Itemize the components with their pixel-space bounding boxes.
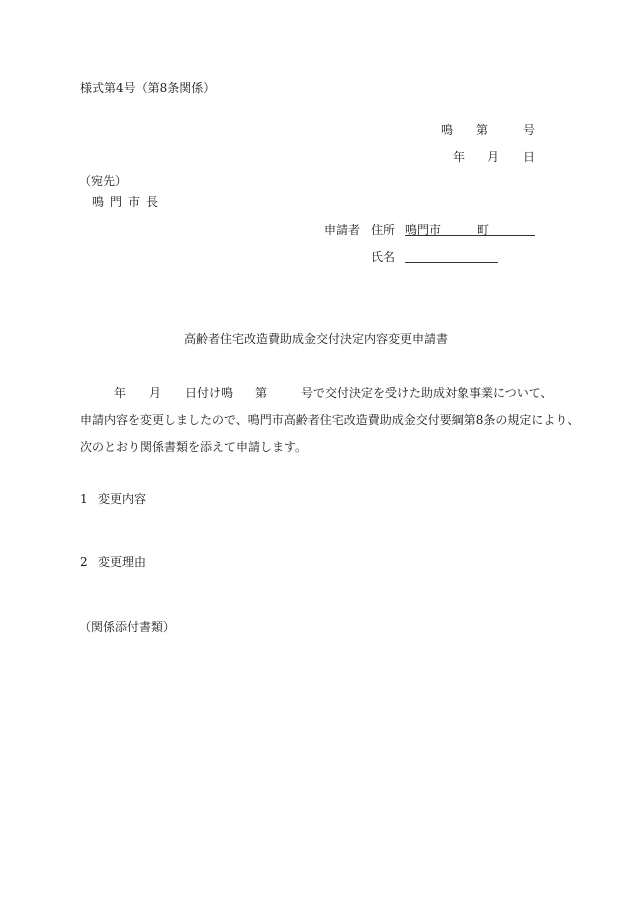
reference-dai: 第 xyxy=(476,123,488,137)
address-field[interactable]: 鳴門市町 xyxy=(405,223,535,236)
address-city: 鳴門市 xyxy=(405,223,441,237)
date-month: 月 xyxy=(487,150,499,164)
item-label: 変更理由 xyxy=(98,555,146,569)
item-change-content: 1変更内容 xyxy=(80,492,146,506)
reference-go: 号 xyxy=(523,123,535,137)
name-field[interactable] xyxy=(405,250,498,263)
applicant-label: 申請者 xyxy=(324,223,360,237)
body-dai: 第 xyxy=(255,386,267,400)
attachments-label: （関係添付書類） xyxy=(79,620,175,634)
addressee-name: 鳴門市長 xyxy=(92,195,164,209)
body-line1-rest: 号で交付決定を受けた助成対象事業について、 xyxy=(301,386,553,400)
body-line-3: 次のとおり関係書類を添えて申請します。 xyxy=(80,440,307,454)
body-line-2: 申請内容を変更しましたので、鳴門市高齢者住宅改造費助成金交付要綱第8条の規定によ… xyxy=(80,413,579,427)
address-label: 住所 xyxy=(371,223,395,237)
item-label: 変更内容 xyxy=(98,492,146,506)
reference-prefix: 鳴 xyxy=(441,123,453,137)
form-number: 様式第4号（第8条関係） xyxy=(80,81,215,95)
name-label: 氏名 xyxy=(371,250,395,264)
body-day-prefix: 日付け鳴 xyxy=(185,386,233,400)
item-number: 1 xyxy=(80,492,98,506)
body-month: 月 xyxy=(149,386,161,400)
item-change-reason: 2変更理由 xyxy=(80,555,146,569)
body-year: 年 xyxy=(114,386,126,400)
address-town: 町 xyxy=(477,223,489,237)
document-title: 高齢者住宅改造費助成金交付決定内容変更申請書 xyxy=(184,332,448,346)
item-number: 2 xyxy=(80,555,98,569)
date-year: 年 xyxy=(453,150,465,164)
addressee-label: （宛先） xyxy=(79,174,127,188)
date-day: 日 xyxy=(523,150,535,164)
